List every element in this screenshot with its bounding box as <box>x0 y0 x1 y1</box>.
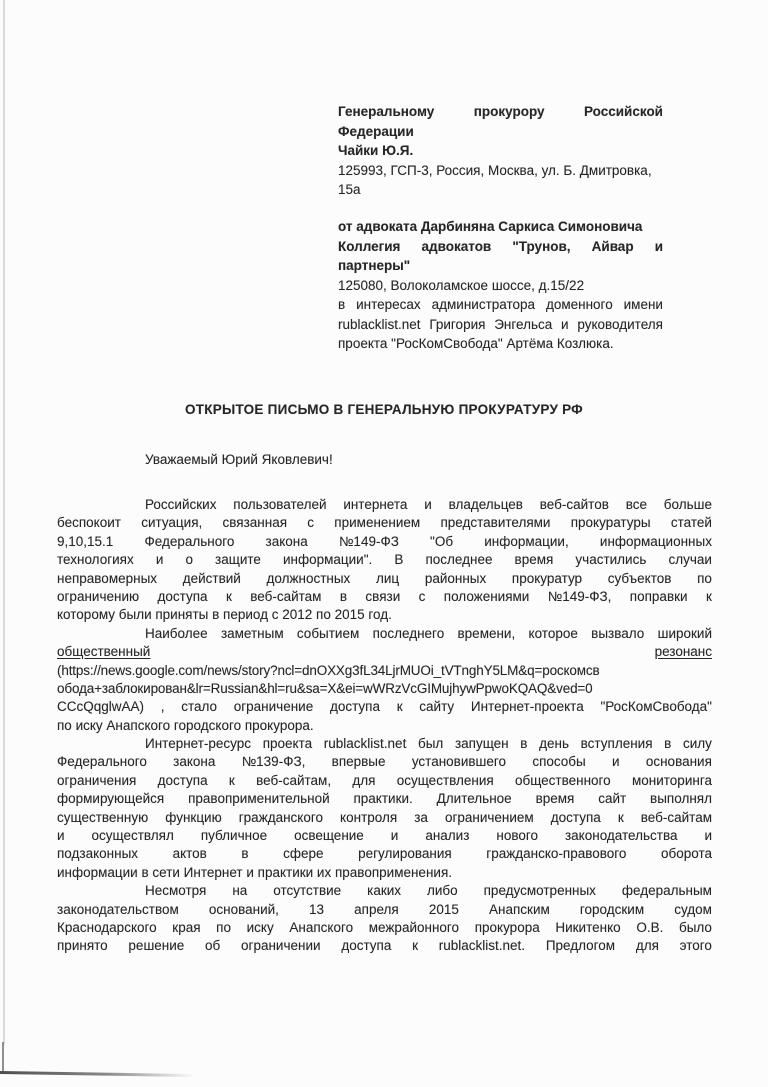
text-line: Федерации <box>338 122 663 142</box>
text-line: законодательствомоснований,13апреля2015А… <box>57 901 712 919</box>
text-line: 125993, ГСП-3, Россия, Москва, ул. Б. Дм… <box>338 161 663 181</box>
text-line: Наиболеезаметнымсобытиемпоследнеговремен… <box>57 625 712 643</box>
text-line: rublacklist.netГригорияЭнгельсаируководи… <box>338 315 663 335</box>
paragraph: Интернет-ресурспроектаrublacklist.netбыл… <box>57 735 712 882</box>
text-line: CCcQqglwAA),сталоограничениедоступаксайт… <box>57 698 712 716</box>
text-line: КраснодарскогокраяпоискуАнапскогомежрайо… <box>57 919 712 937</box>
letter-body: Российскихпользователейинтернетаивладель… <box>57 496 712 956</box>
text-line: Коллегияадвокатов"Трунов,Айвари <box>338 237 663 257</box>
text-line: общественныйрезонанс <box>57 643 712 661</box>
text-line: беспокоитситуация,связаннаясприменениемп… <box>57 514 712 532</box>
text-line: технологияхиозащитеинформации".Впоследне… <box>57 551 712 569</box>
text-line: Несмотрянаотсутствиекакихлибопредусмотре… <box>57 882 712 900</box>
letter-title: ОТКРЫТОЕ ПИСЬМО В ГЕНЕРАЛЬНУЮ ПРОКУРАТУР… <box>0 402 768 417</box>
text-line: винтересахадминистраторадоменногоимени <box>338 295 663 315</box>
text-line: неправомерныхдействийдолжностныхлицрайон… <box>57 570 712 588</box>
scan-edge-bottom <box>0 1071 195 1077</box>
paragraph: Российскихпользователейинтернетаивладель… <box>57 496 712 625</box>
scan-edge-left <box>3 0 5 1045</box>
text-line: формирующейсяправоприменительнойпрактики… <box>57 790 712 808</box>
underlined-text: общественный <box>57 643 150 661</box>
text-line: Российскихпользователейинтернетаивладель… <box>57 496 712 514</box>
text-line: Федеральногозакона№139-ФЗ,впервыеустанов… <box>57 753 712 771</box>
scanned-letter-page: ГенеральномупрокуроруРоссийскойФедерации… <box>0 0 768 1087</box>
text-line: партнеры" <box>338 256 663 276</box>
text-line: ГенеральномупрокуроруРоссийской <box>338 102 663 122</box>
paragraph: Несмотрянаотсутствиекакихлибопредусмотре… <box>57 882 712 956</box>
text-line: по иску Анапского городского прокурора. <box>57 717 712 735</box>
text-line: ограничениядоступаквеб-сайтам,дляосущест… <box>57 772 712 790</box>
text-line: ограничениюдоступаквеб-сайтамвсвязисполо… <box>57 588 712 606</box>
text-line: 9,10,15.1Федеральногозакона№149-ФЗ"Обинф… <box>57 533 712 551</box>
scan-edge-left-dark <box>2 1042 4 1074</box>
text-line: 15а <box>338 180 663 200</box>
text-line: 125080, Волоколамское шоссе, д.15/22 <box>338 276 663 296</box>
salutation: Уважаемый Юрий Яковлевич! <box>145 452 333 467</box>
text-line: проекта "РосКомСвобода" Артёма Козлюка. <box>338 334 663 354</box>
recipient-address-block: ГенеральномупрокуроруРоссийскойФедерации… <box>338 102 663 200</box>
text-line: приняторешениеобограничениидоступакrubla… <box>57 937 712 955</box>
underlined-text: резонанс <box>655 643 712 661</box>
sender-address-block: от адвоката Дарбиняна Саркиса Симоновича… <box>338 217 663 354</box>
text-line: иосуществлялпубличноеосвещениеианализнов… <box>57 827 712 845</box>
text-line: Чайки Ю.Я. <box>338 141 663 161</box>
text-line: обода+заблокирован&lr=Russian&hl=ru&sa=X… <box>57 680 712 698</box>
text-line: от адвоката Дарбиняна Саркиса Симоновича <box>338 217 663 237</box>
text-line: информации в сети Интернет и практики их… <box>57 864 712 882</box>
text-line: Интернет-ресурспроектаrublacklist.netбыл… <box>57 735 712 753</box>
text-line: подзаконныхактоввсферерегулированиягражд… <box>57 845 712 863</box>
paragraph: Наиболеезаметнымсобытиемпоследнеговремен… <box>57 625 712 735</box>
text-line: (https://news.google.com/news/story?ncl=… <box>57 662 712 680</box>
text-line: существеннуюфункциюгражданскогоконтроляз… <box>57 809 712 827</box>
text-line: которому были приняты в период с 2012 по… <box>57 606 712 624</box>
